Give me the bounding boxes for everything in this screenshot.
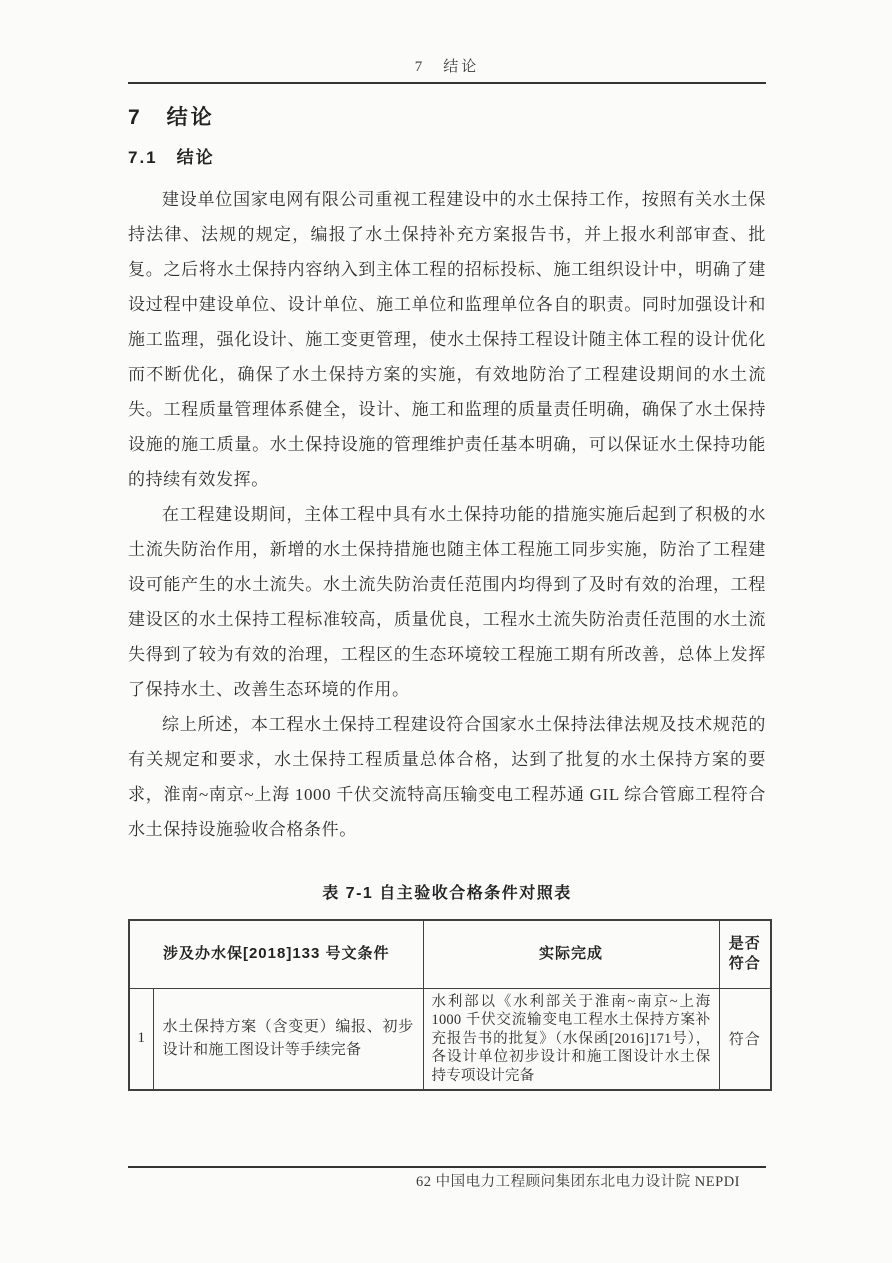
section-title: 7.1 结论 — [128, 147, 766, 169]
body-text: 建设单位国家电网有限公司重视工程建设中的水土保持工作，按照有关水土保持法律、法规… — [128, 182, 766, 847]
running-header-title: 7 结论 — [128, 57, 766, 84]
table-cell-actual: 水利部以《水利部关于淮南~南京~上海1000 千伏交流输变电工程水土保持方案补充… — [423, 988, 719, 1090]
table-caption: 表 7-1 自主验收合格条件对照表 — [128, 883, 766, 905]
acceptance-conditions-table: 涉及办水保[2018]133 号文条件 实际完成 是否符合 1 水土保持方案（含… — [128, 919, 772, 1091]
body-paragraph-1: 建设单位国家电网有限公司重视工程建设中的水土保持工作，按照有关水土保持法律、法规… — [128, 182, 766, 497]
table-cell-condition: 水土保持方案（含变更）编报、初步设计和施工图设计等手续完备 — [153, 988, 423, 1090]
page-footer: 62 中国电力工程顾问集团东北电力设计院 NEPDI — [128, 1166, 766, 1192]
table-header-actual: 实际完成 — [423, 920, 719, 988]
table-row: 1 水土保持方案（含变更）编报、初步设计和施工图设计等手续完备 水利部以《水利部… — [129, 988, 771, 1090]
footer-institution: 中国电力工程顾问集团东北电力设计院 NEPDI — [436, 1174, 740, 1190]
table-header-condition: 涉及办水保[2018]133 号文条件 — [129, 920, 423, 988]
body-paragraph-2: 在工程建设期间，主体工程中具有水土保持功能的措施实施后起到了积极的水土流失防治作… — [128, 497, 766, 707]
table-header-row: 涉及办水保[2018]133 号文条件 实际完成 是否符合 — [129, 920, 771, 988]
page: 7 结论 7 结论 7.1 结论 建设单位国家电网有限公司重视工程建设中的水土保… — [0, 0, 892, 1263]
chapter-title: 7 结论 — [128, 105, 766, 131]
page-number: 62 — [416, 1174, 432, 1190]
body-paragraph-3: 综上所述，本工程水土保持工程建设符合国家水土保持法律法规及技术规范的有关规定和要… — [128, 707, 766, 847]
table-cell-conform: 符合 — [719, 988, 771, 1090]
table-header-conform: 是否符合 — [719, 920, 771, 988]
table-cell-number: 1 — [129, 988, 153, 1090]
